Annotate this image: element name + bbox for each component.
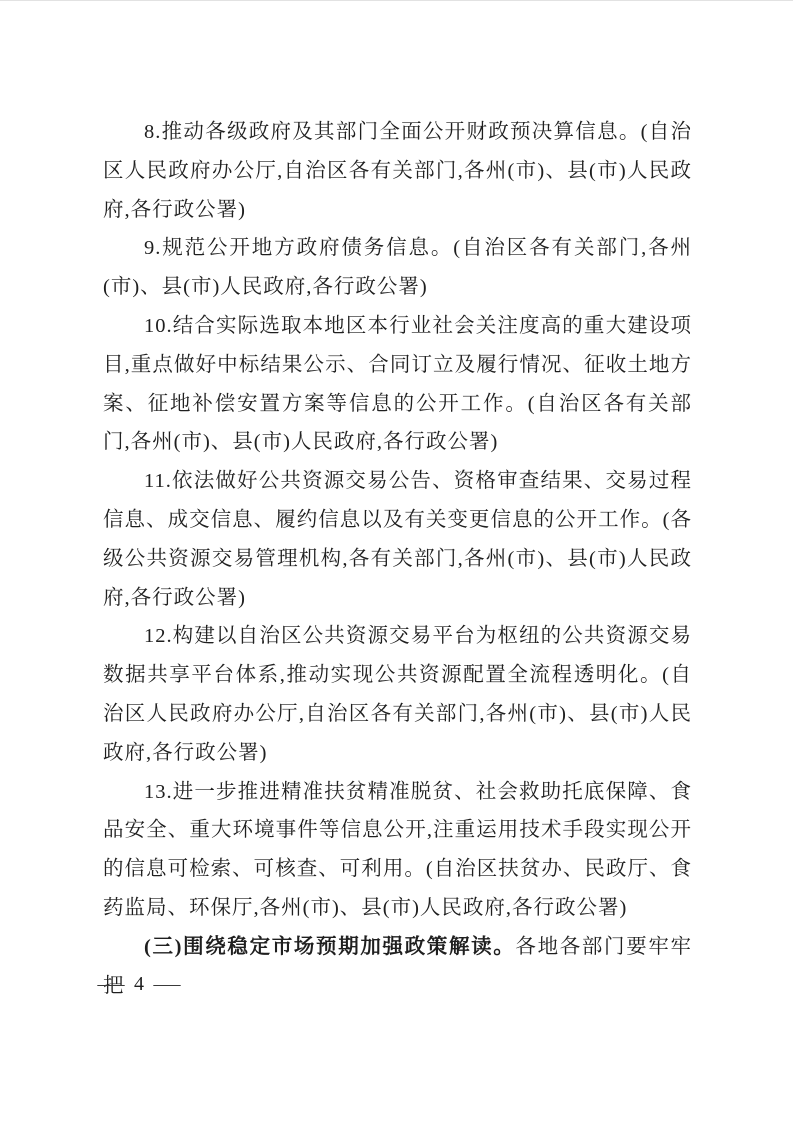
- paragraph-section-3: (三)围绕稳定市场预期加强政策解读。各地各部门要牢牢把: [103, 928, 692, 1006]
- paragraph-item-13: 13.进一步推进精准扶贫精准脱贫、社会救助托底保障、食品安全、重大环境事件等信息…: [103, 773, 692, 928]
- paragraph-item-10: 10.结合实际选取本地区本行业社会关注度高的重大建设项目,重点做好中标结果公示、…: [103, 307, 692, 462]
- paragraph-item-8: 8.推动各级政府及其部门全面公开财政预决算信息。(自治区人民政府办公厅,自治区各…: [103, 113, 692, 229]
- footer-dash-right: —: [154, 973, 181, 996]
- document-body: 8.推动各级政府及其部门全面公开财政预决算信息。(自治区人民政府办公厅,自治区各…: [103, 113, 692, 1005]
- paragraph-item-9: 9.规范公开地方政府债务信息。(自治区各有关部门,各州(市)、县(市)人民政府,…: [103, 229, 692, 307]
- footer-dash-left: —: [98, 973, 125, 996]
- page-number: 4: [134, 973, 144, 996]
- paragraph-item-12: 12.构建以自治区公共资源交易平台为枢纽的公共资源交易数据共享平台体系,推动实现…: [103, 617, 692, 772]
- page-footer: — 4 —: [101, 973, 177, 996]
- section-3-heading: (三)围绕稳定市场预期加强政策解读。: [144, 936, 515, 958]
- paragraph-item-11: 11.依法做好公共资源交易公告、资格审查结果、交易过程信息、成交信息、履约信息以…: [103, 462, 692, 617]
- document-page: 8.推动各级政府及其部门全面公开财政预决算信息。(自治区人民政府办公厅,自治区各…: [0, 0, 793, 1122]
